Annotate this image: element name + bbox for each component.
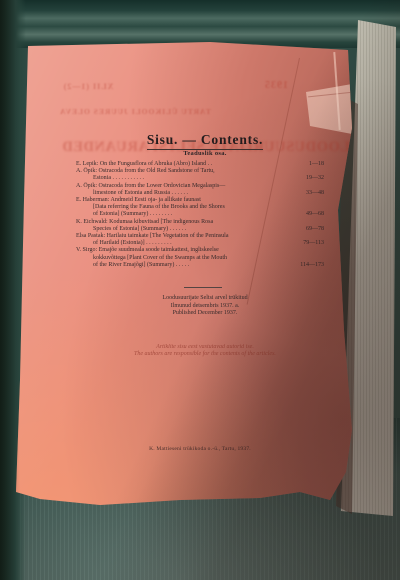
toc-text: A. Öpik: Ostracoda from the Old Red Sand… xyxy=(76,168,215,174)
toc-text: E. Haberman: Andmeid Eesti oja- ja allik… xyxy=(76,197,201,203)
toc-line: of the River Emajõgi] (Summary) . . . . … xyxy=(76,262,326,269)
toc-pages: 19—32 xyxy=(306,175,324,182)
imprint-line: Ilmunud detsembris 1937. a. xyxy=(85,303,325,311)
toc-text: K. Eichwald: Kodumaa kibuvitsad [The ind… xyxy=(76,219,213,225)
toc-line: A. Öpik: Ostracoda from the Old Red Sand… xyxy=(76,168,326,175)
contents-heading-wrap: Sisu. — Contents. xyxy=(85,131,325,150)
toc-pages: 33—48 xyxy=(306,190,324,197)
toc-text: of the River Emajõgi] (Summary) . . . . … xyxy=(76,262,189,269)
responsibility-note: Artiklite sisu eest vastutavad autorid i… xyxy=(65,344,345,359)
toc-pages: 79—113 xyxy=(303,240,324,247)
toc-text: of Estonia] (Summary) . . . . . . . . xyxy=(76,211,172,218)
toc-text: A. Öpik: Ostracoda from the Lower Ordovi… xyxy=(76,183,225,189)
imprint-line: Published December 1937. xyxy=(85,310,325,318)
table-of-contents: E. Lepik: On the Fungusflora of Abruka (… xyxy=(76,161,326,269)
toc-line: A. Öpik: Ostracoda from the Lower Ordovi… xyxy=(76,183,326,190)
toc-line: limestone of Estonia and Russia . . . . … xyxy=(76,190,326,197)
contents-heading: Sisu. — Contents. xyxy=(147,132,263,150)
toc-text: of Harilaid (Estonia)] . . . . . . . . . xyxy=(76,240,172,247)
imprint-block: Loodusuurijate Seltsi arvel trükitud Ilm… xyxy=(85,295,325,318)
toc-line: kokkuvõttega [Plant Cover of the Swamps … xyxy=(76,255,326,262)
toc-text: E. Lepik: On the Fungusflora of Abruka (… xyxy=(76,161,212,167)
separator-rule xyxy=(184,287,222,288)
toc-text: limestone of Estonia and Russia . . . . … xyxy=(76,190,188,197)
imprint-line: Loodusuurijate Seltsi arvel trükitud xyxy=(85,295,325,303)
toc-pages: 114—173 xyxy=(300,262,324,269)
toc-pages: 1—18 xyxy=(309,161,324,168)
toc-line: Estonia . . . . . . . . . . . 19—32 xyxy=(76,175,326,182)
toc-line: of Harilaid (Estonia)] . . . . . . . . .… xyxy=(76,240,326,247)
toc-text: Estonia . . . . . . . . . . . xyxy=(76,175,144,182)
printer-imprint: K. Mattieseni trükikoda o.-ü., Tartu, 19… xyxy=(105,446,295,452)
scanner-background-top-band xyxy=(0,0,400,48)
toc-text: Species of Estonia] (Summary) . . . . . … xyxy=(76,226,186,233)
toc-line: of Estonia] (Summary) . . . . . . . . 49… xyxy=(76,211,326,218)
scanned-book-cover: XLII (1—2) 1935 TARTU ÜLIKOOLI JUURES OL… xyxy=(0,0,400,580)
toc-text: Elsa Pastak: Harilaiu taimkate [The Vege… xyxy=(76,233,229,239)
showthrough-volume-number: XLII (1—2) xyxy=(56,82,120,91)
section-label: Teaduslik osa. xyxy=(85,150,325,157)
showthrough-year: 1935 xyxy=(246,80,306,91)
showthrough-series-subtitle: TARTU ÜLIKOOLI JUURES OLEVA xyxy=(55,107,215,116)
toc-pages: 69—78 xyxy=(306,226,324,233)
toc-text: kokkuvõttega [Plant Cover of the Swamps … xyxy=(76,255,227,262)
responsibility-note-en: The authors are responsible for the cont… xyxy=(65,351,345,358)
toc-line: K. Eichwald: Kodumaa kibuvitsad [The ind… xyxy=(76,219,326,226)
toc-pages: 49—68 xyxy=(306,211,324,218)
toc-line: V. Sirgo: Emajõe suudmeala soode taimkat… xyxy=(76,247,326,254)
toc-text: V. Sirgo: Emajõe suudmeala soode taimkat… xyxy=(76,247,219,253)
toc-line: Species of Estonia] (Summary) . . . . . … xyxy=(76,226,326,233)
